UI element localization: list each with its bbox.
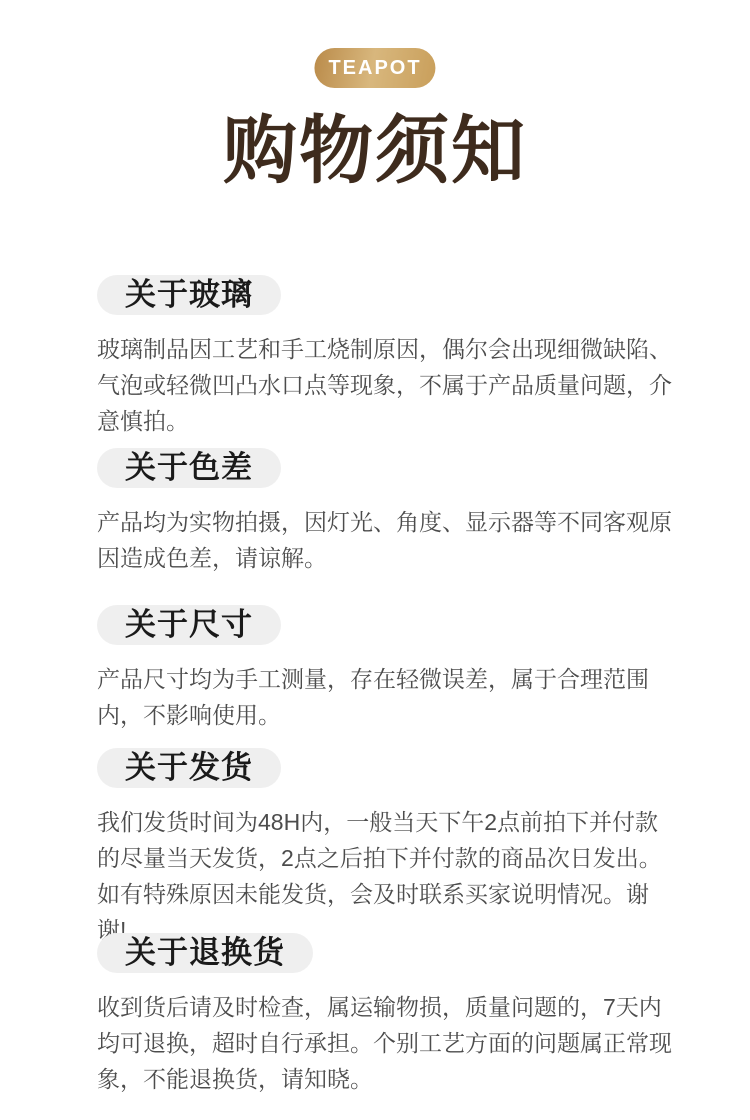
brand-badge: TEAPOT (314, 48, 435, 88)
section-heading-size: 关于尺寸 (97, 605, 281, 645)
section-body-returns: 收到货后请及时检查，属运输物损，质量问题的，7天内均可退换，超时自行承担。个别工… (97, 989, 677, 1097)
section-color-difference: 关于色差 产品均为实物拍摄，因灯光、角度、显示器等不同客观原因造成色差，请谅解。 (97, 448, 677, 576)
section-body-shipping: 我们发货时间为48H内，一般当天下午2点前拍下并付款的尽量当天发货，2点之后拍下… (97, 804, 677, 948)
shopping-notice-page: TEAPOT 购物须知 关于玻璃 玻璃制品因工艺和手工烧制原因，偶尔会出现细微缺… (0, 0, 750, 1120)
section-heading-glass: 关于玻璃 (97, 275, 281, 315)
section-shipping: 关于发货 我们发货时间为48H内，一般当天下午2点前拍下并付款的尽量当天发货，2… (97, 748, 677, 948)
section-heading-color-difference: 关于色差 (97, 448, 281, 488)
section-heading-shipping: 关于发货 (97, 748, 281, 788)
section-returns: 关于退换货 收到货后请及时检查，属运输物损，质量问题的，7天内均可退换，超时自行… (97, 933, 677, 1097)
section-body-color-difference: 产品均为实物拍摄，因灯光、角度、显示器等不同客观原因造成色差，请谅解。 (97, 504, 677, 576)
section-glass: 关于玻璃 玻璃制品因工艺和手工烧制原因，偶尔会出现细微缺陷、气泡或轻微凹凸水口点… (97, 275, 677, 439)
section-heading-returns: 关于退换货 (97, 933, 313, 973)
page-title: 购物须知 (0, 106, 750, 196)
section-body-size: 产品尺寸均为手工测量，存在轻微误差，属于合理范围内，不影响使用。 (97, 661, 677, 733)
section-size: 关于尺寸 产品尺寸均为手工测量，存在轻微误差，属于合理范围内，不影响使用。 (97, 605, 677, 733)
section-body-glass: 玻璃制品因工艺和手工烧制原因，偶尔会出现细微缺陷、气泡或轻微凹凸水口点等现象，不… (97, 331, 677, 439)
